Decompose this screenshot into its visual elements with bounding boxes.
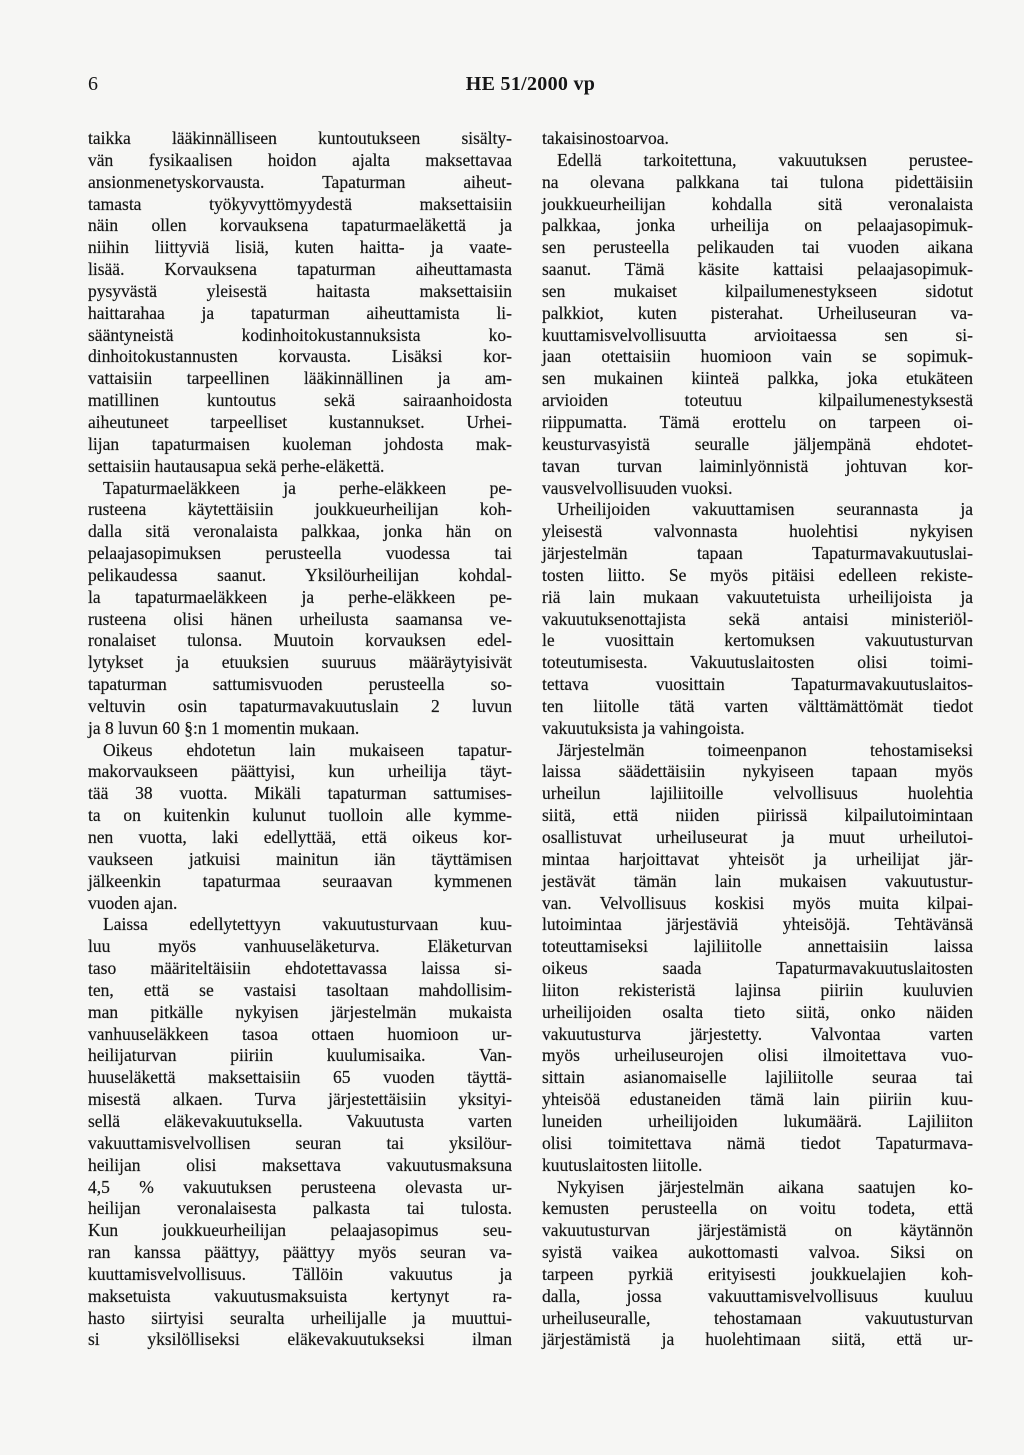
text-line: dinhoitokustannusten korvausta. Lisäksi … [88, 346, 512, 368]
text-line: urheiluseuralle, tehostamaan vakuutustur… [542, 1308, 973, 1330]
text-line: tamasta työkyvyttömyydestä maksettaisiin [88, 194, 512, 216]
text-line: rusteena olisi hänen urheilusta saamansa… [88, 609, 512, 631]
text-line: makorvaukseen päättyisi, kun urheilija t… [88, 761, 512, 783]
paragraph: Järjestelmän toimeenpanon tehostamiseksi… [542, 740, 973, 1177]
text-line: sen mukainen kiinteä palkka, joka etukät… [542, 368, 973, 390]
text-line: pelikaudessa saanut. Yksilöurheilijan ko… [88, 565, 512, 587]
text-line: tavan turvan laiminlyönnistä johtuvan ko… [542, 456, 973, 478]
text-line: ansionmenetyskorvausta. Tapaturman aiheu… [88, 172, 512, 194]
text-line: lisää. Korvauksena tapaturman aiheuttama… [88, 259, 512, 281]
text-line: rusteena käytettäisiin joukkueurheilijan… [88, 499, 512, 521]
text-line: pysyvästä yleisestä haitasta maksettaisi… [88, 281, 512, 303]
text-line: huuseläkettä maksettaisiin 65 vuoden täy… [88, 1067, 512, 1089]
text-line: ran kanssa päättyy, päättyy myös seuran … [88, 1242, 512, 1264]
text-line: heilijaturvan piiriin kuulumisaika. Van- [88, 1045, 512, 1067]
text-column-right: takaisinostoarvoa.Edellä tarkoitettuna, … [542, 128, 973, 1351]
paragraph: taikka lääkinnälliseen kuntoutukseen sis… [88, 128, 512, 478]
text-line: jaan otettaisiin huomioon vain se sopimu… [542, 346, 973, 368]
text-line: Kun joukkueurheilijan pelaajasopimus seu… [88, 1220, 512, 1242]
text-line: Urheilijoiden vakuuttamisen seurannasta … [542, 499, 973, 521]
text-line: jestävät tämän lain mukaisen vakuutustur… [542, 871, 973, 893]
text-line: lutoimintaa järjestäviä yhteisöjä. Tehtä… [542, 914, 973, 936]
text-line: Oikeus ehdotetun lain mukaiseen tapatur- [88, 740, 512, 762]
text-column-left: taikka lääkinnälliseen kuntoutukseen sis… [88, 128, 512, 1351]
text-line: saanut. Tämä käsite kattaisi pelaajasopi… [542, 259, 973, 281]
document-page: 6 HE 51/2000 vp taikka lääkinnälliseen k… [0, 0, 1024, 1455]
text-line: nen vuotta, laki edellyttää, että oikeus… [88, 827, 512, 849]
document-title: HE 51/2000 vp [88, 72, 973, 96]
text-line: heilijan olisi maksettava vakuutusmaksun… [88, 1155, 512, 1177]
text-line: tettava vuosittain Tapaturmavakuutuslait… [542, 674, 973, 696]
text-line: mintaa harjoittavat yhteisöt ja urheilij… [542, 849, 973, 871]
text-line: sääntyneistä kodinhoitokustannuksista ko… [88, 325, 512, 347]
text-line: kuutuslaitosten liitolle. [542, 1155, 973, 1177]
text-line: dalla, jossa vakuuttamisvelvollisuus kuu… [542, 1286, 973, 1308]
text-line: olisi toimitettava nämä tiedot Tapaturma… [542, 1133, 973, 1155]
text-line: vattaisiin tarpeellinen lääkinnällinen j… [88, 368, 512, 390]
text-line: 4,5 % vakuutuksen perusteena olevasta ur… [88, 1177, 512, 1199]
text-line: aiheutuneet tarpeelliset kustannukset. U… [88, 412, 512, 434]
text-line: sen mukaiset kilpailumenestykseen sidotu… [542, 281, 973, 303]
page-number: 6 [88, 72, 98, 96]
text-line: Nykyisen järjestelmän aikana saatujen ko… [542, 1177, 973, 1199]
text-line: pelaajasopimuksen perusteella vuodessa t… [88, 543, 512, 565]
text-line: joukkueurheilijan kohdalla sitä veronala… [542, 194, 973, 216]
text-line: si yksilölliseksi eläkevakuutukseksi ilm… [88, 1329, 512, 1351]
text-line: man pitkälle nykyisen järjestelmän mukai… [88, 1002, 512, 1024]
text-line: ronalaiset tulonsa. Muutoin korvauksen e… [88, 630, 512, 652]
paragraph: Edellä tarkoitettuna, vakuutuksen perust… [542, 150, 973, 500]
text-line: maksetuista vakuutusmaksuista kertynyt r… [88, 1286, 512, 1308]
text-line: lijan tapaturmaisen kuoleman johdosta ma… [88, 434, 512, 456]
text-line: vakuutusturvan järjestämistä on käytännö… [542, 1220, 973, 1242]
text-line: syistä vaikea aukottomasti valvoa. Siksi… [542, 1242, 973, 1264]
paragraph: Laissa edellytettyyn vakuutusturvaan kuu… [88, 914, 512, 1351]
text-line: vanhuuseläkkeen tasoa ottaen huomioon ur… [88, 1024, 512, 1046]
text-line: järjestelmän tapaan Tapaturmavakuutuslai… [542, 543, 973, 565]
paragraph: Tapaturmaeläkkeen ja perhe-eläkkeen pe-r… [88, 478, 512, 740]
paragraph: Nykyisen järjestelmän aikana saatujen ko… [542, 1177, 973, 1352]
text-line: veltuvin osin tapaturmavakuutuslain 2 lu… [88, 696, 512, 718]
text-line: vausvelvollisuuden vuoksi. [542, 478, 973, 500]
text-line: na olevana palkkana tai tulona pidettäis… [542, 172, 973, 194]
text-line: le vuosittain kertomuksen vakuutusturvan [542, 630, 973, 652]
text-line: matillinen kuntoutus sekä sairaanhoidost… [88, 390, 512, 412]
text-line: vuoden ajan. [88, 893, 512, 915]
text-line: näin ollen korvauksena tapaturmaeläkettä… [88, 215, 512, 237]
text-line: sittain asianomaiselle lajiliitolle seur… [542, 1067, 973, 1089]
text-line: vakuuttamisvelvollisen seuran tai yksilö… [88, 1133, 512, 1155]
text-line: niihin liittyviä lisiä, kuten haitta- ja… [88, 237, 512, 259]
text-line: siitä, että niiden piirissä kilpailutoim… [542, 805, 973, 827]
text-line: osallistuvat urheiluseurat ja muut urhei… [542, 827, 973, 849]
text-line: riä lain mukaan vakuutetuista urheilijoi… [542, 587, 973, 609]
text-line: ja 8 luvun 60 §:n 1 momentin mukaan. [88, 718, 512, 740]
paragraph: takaisinostoarvoa. [542, 128, 973, 150]
text-line: toteuttamiseksi lajiliitolle annettaisii… [542, 936, 973, 958]
text-line: arvioiden toteutuu kilpailumenestyksestä [542, 390, 973, 412]
text-line: la tapaturmaeläkkeen ja perhe-eläkkeen p… [88, 587, 512, 609]
text-line: Tapaturmaeläkkeen ja perhe-eläkkeen pe- [88, 478, 512, 500]
text-line: urheilun lajiliitoille velvollisuus huol… [542, 783, 973, 805]
text-line: laissa säädettäisiin nykyiseen tapaan my… [542, 761, 973, 783]
text-line: keusturvasyistä seuralle jäljempänä ehdo… [542, 434, 973, 456]
text-line: vakuutuksista ja vahingoista. [542, 718, 973, 740]
text-line: tarpeen pyrkiä erityisesti joukkuelajien… [542, 1264, 973, 1286]
text-line: kemusten perusteella on voitu todeta, et… [542, 1198, 973, 1220]
document-body: taikka lääkinnälliseen kuntoutukseen sis… [88, 128, 973, 1351]
text-line: vän fysikaalisen hoidon ajalta maksettav… [88, 150, 512, 172]
text-line: Järjestelmän toimeenpanon tehostamiseksi [542, 740, 973, 762]
text-line: Edellä tarkoitettuna, vakuutuksen perust… [542, 150, 973, 172]
text-line: toteutumisesta. Vakuutuslaitosten olisi … [542, 652, 973, 674]
text-line: riippumatta. Tämä erottelu on tarpeen oi… [542, 412, 973, 434]
paragraph: Oikeus ehdotetun lain mukaiseen tapatur-… [88, 740, 512, 915]
text-line: vakuutuksenottajista sekä antaisi minist… [542, 609, 973, 631]
text-line: tapaturman sattumisvuoden perusteella so… [88, 674, 512, 696]
text-line: oikeus saada Tapaturmavakuutuslaitosten [542, 958, 973, 980]
text-line: ten, että se vastaisi tasoltaan mahdolli… [88, 980, 512, 1002]
text-line: yleisestä valvonnasta huolehtisi nykyise… [542, 521, 973, 543]
text-line: tosten liitto. Se myös pitäisi edelleen … [542, 565, 973, 587]
text-line: luu myös vanhuuseläketurva. Eläketurvan [88, 936, 512, 958]
text-line: settaisiin hautausapua sekä perhe-eläket… [88, 456, 512, 478]
text-line: ta on kuitenkin kulunut tuolloin alle ky… [88, 805, 512, 827]
text-line: kuuttamisvelvollisuutta arvioitaessa sen… [542, 325, 973, 347]
text-line: urheilijoiden osalta tieto siitä, onko n… [542, 1002, 973, 1024]
text-line: vakuutusturva järjestetty. Valvontaa var… [542, 1024, 973, 1046]
text-line: hasto siirtyisi seuralta urheilijalle ja… [88, 1308, 512, 1330]
text-line: takaisinostoarvoa. [542, 128, 973, 150]
text-line: sellä eläkevakuutuksella. Vakuutusta var… [88, 1111, 512, 1133]
text-line: kuuttamisvelvollisuus. Tällöin vakuutus … [88, 1264, 512, 1286]
paragraph: Urheilijoiden vakuuttamisen seurannasta … [542, 499, 973, 739]
text-line: yhteisöä edustaneiden tämä lain piiriin … [542, 1089, 973, 1111]
text-line: Laissa edellytettyyn vakuutusturvaan kuu… [88, 914, 512, 936]
text-line: vaukseen jatkuisi mainitun iän täyttämis… [88, 849, 512, 871]
text-line: palkkaa, jonka urheilija on pelaajasopim… [542, 215, 973, 237]
text-line: sen perusteella pelikauden tai vuoden ai… [542, 237, 973, 259]
text-line: palkkiot, kuten pisterahat. Urheiluseura… [542, 303, 973, 325]
text-line: lytykset ja etuuksien suuruus määräytyis… [88, 652, 512, 674]
text-line: dalla sitä veronalaista palkkaa, jonka h… [88, 521, 512, 543]
text-line: luneiden urheilijoiden lukumäärä. Lajili… [542, 1111, 973, 1133]
text-line: ten liitolle tätä varten välttämättömät … [542, 696, 973, 718]
text-line: haittarahaa ja tapaturman aiheuttamista … [88, 303, 512, 325]
text-line: jälkeenkin tapaturmaa seuraavan kymmenen [88, 871, 512, 893]
text-line: van. Velvollisuus koskisi myös muita kil… [542, 893, 973, 915]
text-line: tää 38 vuotta. Mikäli tapaturman sattumi… [88, 783, 512, 805]
text-line: taso määriteltäisiin ehdotettavassa lais… [88, 958, 512, 980]
text-line: liiton rekisteristä lajinsa piiriin kuul… [542, 980, 973, 1002]
text-line: järjestämistä ja huolehtimaan siitä, ett… [542, 1329, 973, 1351]
page-header: 6 HE 51/2000 vp [88, 72, 973, 98]
text-line: misestä alkaen. Turva järjestettäisiin y… [88, 1089, 512, 1111]
text-line: heilijan veronalaisesta palkasta tai tul… [88, 1198, 512, 1220]
text-line: myös urheiluseurojen olisi ilmoitettava … [542, 1045, 973, 1067]
text-line: taikka lääkinnälliseen kuntoutukseen sis… [88, 128, 512, 150]
